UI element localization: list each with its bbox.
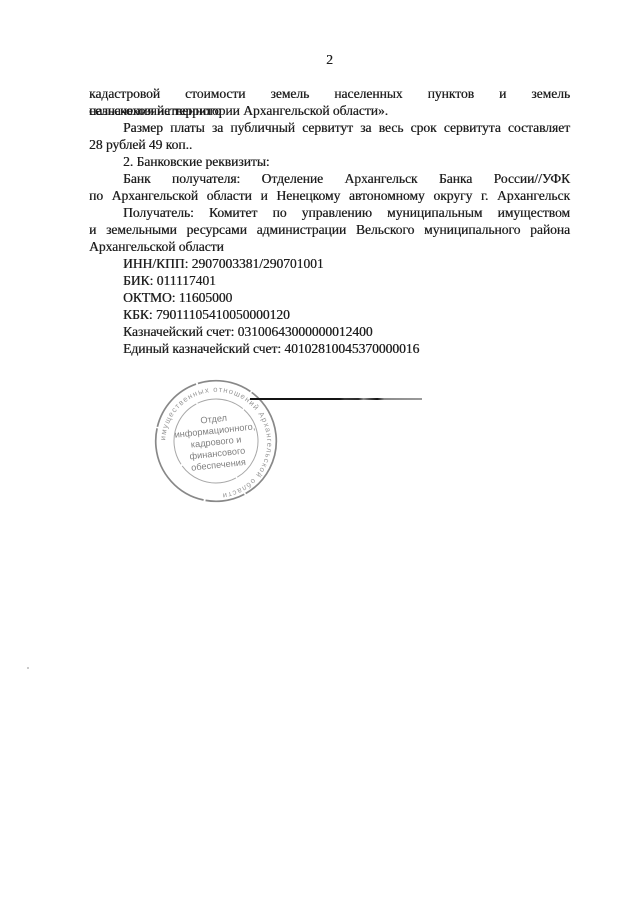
text-line: БИК: 011117401 [89, 272, 570, 289]
signature-line [250, 398, 422, 400]
text-line: Единый казначейский счет: 40102810045370… [89, 340, 570, 357]
text-line: и земельными ресурсами администрации Вел… [89, 221, 570, 238]
text-line: ОКТМО: 11605000 [89, 289, 570, 306]
round-stamp: имущественных отношений Архангельской об… [147, 372, 285, 510]
text-line: Казначейский счет: 03100643000000012400 [89, 323, 570, 340]
text-line: 2. Банковские реквизиты: [89, 153, 570, 170]
text-line: ИНН/КПП: 2907003381/290701001 [89, 255, 570, 272]
body-text: кадастровой стоимости земель населенных … [89, 85, 570, 357]
scanned-document-page: 2 кадастровой стоимости земель населенны… [0, 0, 640, 906]
text-line: Размер платы за публичный сервитут за ве… [89, 119, 570, 136]
text-line: Архангельской области [89, 238, 570, 255]
text-line: по Архангельской области и Ненецкому авт… [89, 187, 570, 204]
text-line: Банк получателя: Отделение Архангельск Б… [89, 170, 570, 187]
scan-speck [27, 667, 29, 669]
text-line: назначения на территории Архангельской о… [89, 102, 570, 119]
text-line: кадастровой стоимости земель населенных … [89, 85, 570, 102]
text-line: КБК: 79011105410050000120 [89, 306, 570, 323]
page-number: 2 [89, 51, 570, 68]
stamp-center-text: Отдел информационного, кадрового и финан… [173, 410, 259, 474]
text-line: 28 рублей 49 коп.. [89, 136, 570, 153]
stamp-graphic: имущественных отношений Архангельской об… [147, 372, 285, 510]
text-line: Получатель: Комитет по управлению муници… [89, 204, 570, 221]
